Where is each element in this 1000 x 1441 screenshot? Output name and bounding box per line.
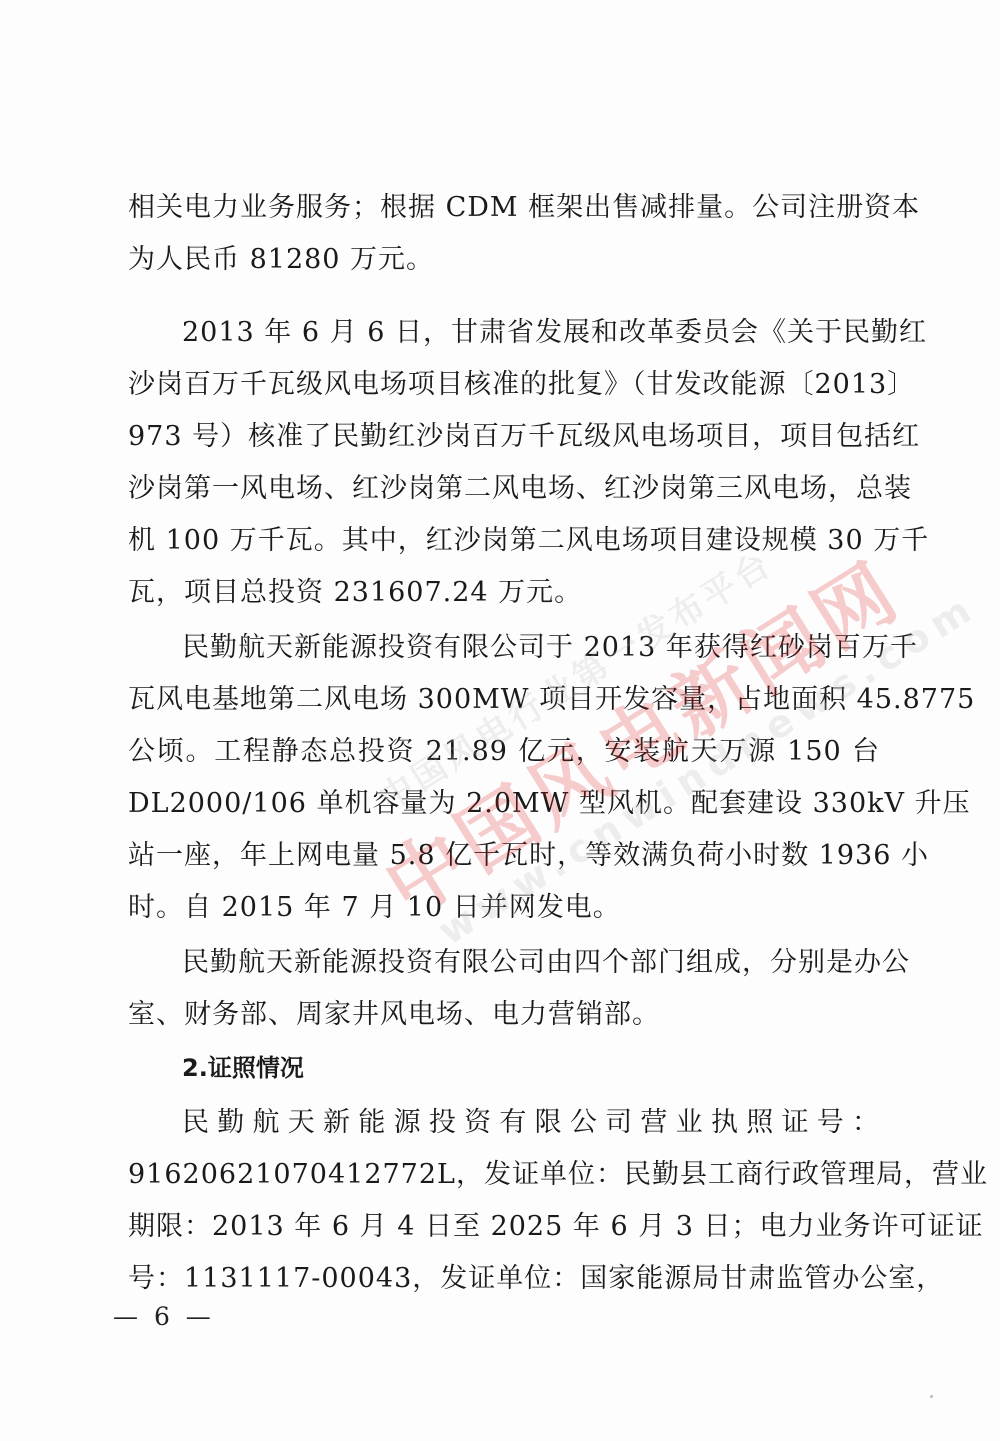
scan-speck bbox=[930, 1395, 933, 1398]
text-line: 室、财务部、周家井风电场、电力营销部。 bbox=[128, 997, 880, 1033]
text-line: 时。自 2015 年 7 月 10 日并网发电。 bbox=[128, 890, 880, 926]
text-line: 91620621070412772L，发证单位：民勤县工商行政管理局，营业 bbox=[128, 1157, 880, 1193]
text-line: 机 100 万千瓦。其中，红沙岗第二风电场项目建设规模 30 万千 bbox=[128, 523, 880, 559]
text-line: 期限：2013 年 6 月 4 日至 2025 年 6 月 3 日；电力业务许可… bbox=[128, 1209, 880, 1245]
text-line: 为人民币 81280 万元。 bbox=[128, 242, 880, 278]
paragraph-start: 民勤航天新能源投资有限公司营业执照证号： bbox=[182, 1105, 880, 1141]
page-number: — 6 — bbox=[113, 1302, 215, 1331]
paragraph-start: 2013 年 6 月 6 日，甘肃省发展和改革委员会《关于民勤红 bbox=[182, 315, 880, 351]
text-line: 沙岗百万千瓦级风电场项目核准的批复》（甘发改能源〔2013〕 bbox=[128, 367, 880, 403]
scan-speck bbox=[500, 325, 502, 327]
section-heading: 2.证照情况 bbox=[182, 1050, 880, 1086]
text-line: 号：1131117-00043，发证单位：国家能源局甘肃监管办公室， bbox=[128, 1261, 880, 1297]
text-line: DL2000/106 单机容量为 2.0MW 型风机。配套建设 330kV 升压 bbox=[128, 786, 880, 822]
paragraph-start: 民勤航天新能源投资有限公司于 2013 年获得红砂岗百万千 bbox=[182, 630, 880, 666]
text-line: 站一座，年上网电量 5.8 亿千瓦时，等效满负荷小时数 1936 小 bbox=[128, 838, 880, 874]
text-line: 相关电力业务服务；根据 CDM 框架出售减排量。公司注册资本 bbox=[128, 190, 880, 226]
text-line: 瓦，项目总投资 231607.24 万元。 bbox=[128, 575, 880, 611]
text-line: 瓦风电基地第二风电场 300MW 项目开发容量，占地面积 45.8775 bbox=[128, 682, 880, 718]
document-page: 相关电力业务服务；根据 CDM 框架出售减排量。公司注册资本 为人民币 8128… bbox=[0, 0, 1000, 1441]
text-line: 沙岗第一风电场、红沙岗第二风电场、红沙岗第三风电场，总装 bbox=[128, 471, 880, 507]
text-line: 公顷。工程静态总投资 21.89 亿元，安装航天万源 150 台 bbox=[128, 734, 880, 770]
text-line: 973 号）核准了民勤红沙岗百万千瓦级风电场项目，项目包括红 bbox=[128, 419, 880, 455]
paragraph-start: 民勤航天新能源投资有限公司由四个部门组成，分别是办公 bbox=[182, 945, 880, 981]
